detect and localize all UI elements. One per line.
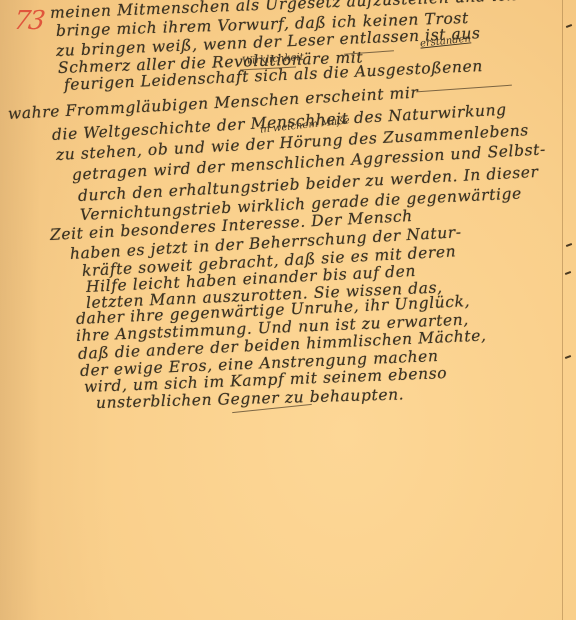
margin-mark bbox=[565, 355, 571, 359]
page-fold-margin-line bbox=[562, 0, 563, 620]
handwritten-text-block: meinen Mitmenschen als Urgesetz aufzuste… bbox=[0, 0, 560, 430]
margin-mark bbox=[566, 243, 572, 247]
margin-mark bbox=[566, 24, 572, 28]
strikethrough-mark bbox=[416, 85, 512, 93]
margin-mark bbox=[565, 271, 571, 275]
manuscript-page: 73 meinen Mitmenschen als Urgesetz aufzu… bbox=[0, 0, 576, 620]
